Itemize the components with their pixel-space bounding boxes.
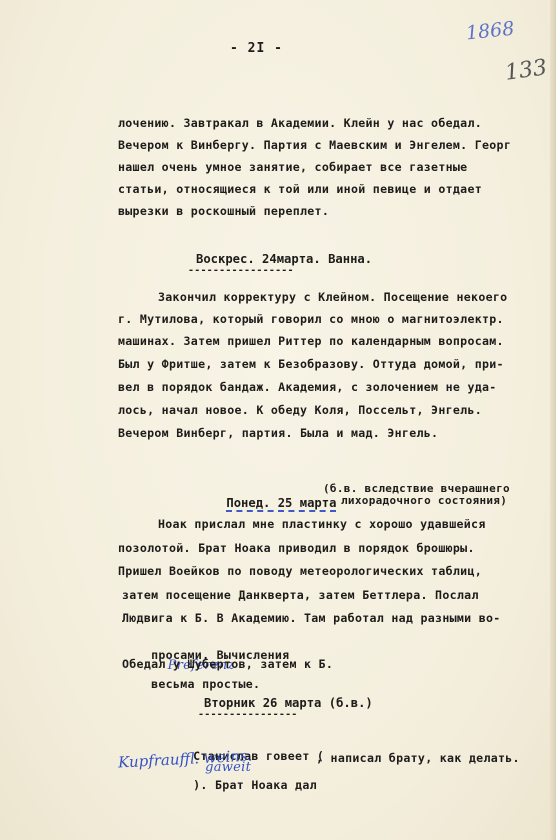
text-line: Был у Фритше, затем к Безобразову. Оттуд… xyxy=(118,357,504,371)
text-line: , написал брату, как делать. xyxy=(316,751,520,765)
page-number: - 2I - xyxy=(230,41,283,56)
text-line: Людвига к Б. В Академию. Там работал над… xyxy=(122,611,501,625)
text-line: Обедал у Шубертов, затем к Б. xyxy=(122,657,333,671)
handwritten-folio-number: 133 xyxy=(503,55,548,86)
text-fragment: ). Брат Ноака дал xyxy=(193,778,317,792)
entry-heading-march-26: Вторник 26 марта (б.в.) xyxy=(204,696,373,710)
text-line: Закончил корректуру с Клейном. Посещение… xyxy=(158,290,507,304)
text-fragment: весьма простые. xyxy=(151,677,260,691)
text-line: машинах. Затем пришел Риттер по календар… xyxy=(118,334,504,348)
page-edge xyxy=(550,0,556,840)
text-line: позолотой. Брат Ноака приводил в порядок… xyxy=(118,541,475,555)
text-line: Вечером к Винбергу. Партия с Маевским и … xyxy=(118,138,511,152)
text-line: вел в порядок бандаж. Академия, с золоче… xyxy=(118,380,497,394)
heading-underline: ----------------- xyxy=(188,265,294,276)
handwritten-year: 1868 xyxy=(465,18,515,45)
text-line: вырезки в роскошный переплет. xyxy=(118,204,329,218)
text-line: статьи, относящиеся к той или иной певиц… xyxy=(118,182,482,196)
text-line: Ноак прислал мне пластинку с хорошо удав… xyxy=(158,517,486,531)
text-line: Станислав говеет ( gaweit ). Брат Ноака … xyxy=(164,735,324,806)
heading-note: лихорадочного состояния) xyxy=(341,494,507,507)
text-line: лось, начал новое. К обеду Коля, Поссель… xyxy=(118,403,482,417)
text-line: нашел очень умное занятие, собирает все … xyxy=(118,160,467,174)
entry-heading-march-24: Воскрес. 24марта. Ванна. xyxy=(196,252,372,266)
heading-date: Понед. 25 марта xyxy=(226,496,336,512)
document-page: - 2I - 1868 133 лочению. Завтракал в Ака… xyxy=(0,0,556,840)
heading-underline: ---------------- xyxy=(198,709,298,720)
text-line: Пришел Воейков по поводу метеорологическ… xyxy=(118,564,482,578)
text-line: г. Мутилова, который говорил со мною о м… xyxy=(118,312,504,326)
text-line: затем посещение Данкверта, затем Беттлер… xyxy=(122,588,479,602)
text-line: Вечером Винберг, партия. Была и мад. Энг… xyxy=(118,426,438,440)
text-line: лочению. Завтракал в Академии. Клейн у н… xyxy=(118,116,482,130)
